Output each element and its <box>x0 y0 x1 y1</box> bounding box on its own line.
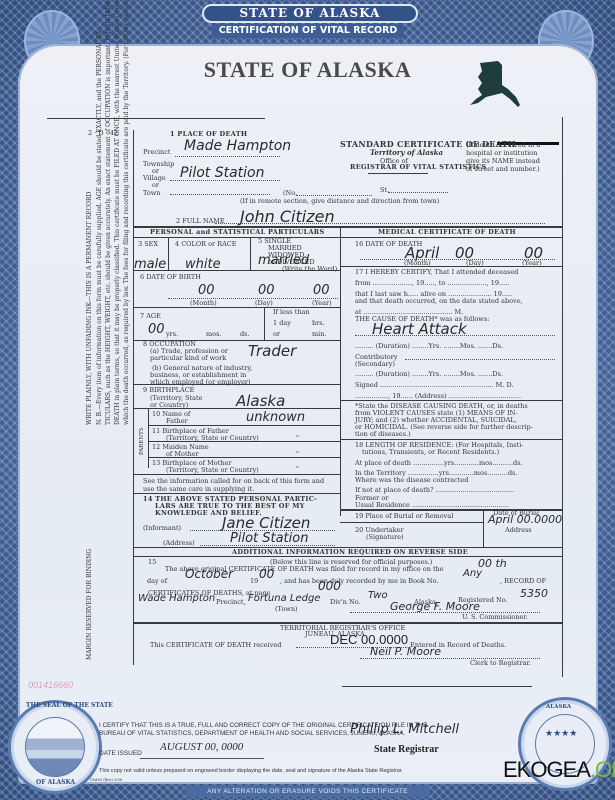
page-value: 000 <box>318 579 341 593</box>
margin-instruction-3: TICULARS, such as the HEIGHT, WEIGHT, et… <box>105 0 113 425</box>
row-rule <box>133 474 340 475</box>
cause-line <box>355 335 555 336</box>
precinct-signature: Wade Hampton <box>138 593 215 604</box>
divn-label: Div'n No. <box>330 598 361 606</box>
occupation-value: Trader <box>248 342 296 360</box>
town-signature: Fortuna Ledge <box>248 593 320 604</box>
row-rule <box>133 384 340 385</box>
alteration-warning: ANY ALTERATION OR ERASURE VOIDS THIS CER… <box>185 786 430 797</box>
full-name-value: John Citizen <box>240 207 335 226</box>
birth-year-value: 00 <box>313 283 330 298</box>
medical-header: MEDICAL CERTIFICATE OF DEATH <box>378 228 516 236</box>
form-revision-code: VS#03 (Rev) 2/98 <box>90 776 122 784</box>
if-not-place-label: If not at place of death? ..............… <box>355 486 514 494</box>
street-number-line <box>296 195 372 196</box>
father-name-value: unknown <box>246 410 305 425</box>
age-label: 7 AGE <box>140 312 161 320</box>
margin-instruction-5: which the death occurred, as required by… <box>123 0 131 425</box>
hospital-note: (If death occurred in a hospital or inst… <box>466 141 546 173</box>
row-rule <box>133 270 340 271</box>
watermark: EKOGEA.ORG <box>503 757 615 783</box>
informant-address-value: Pilot Station <box>230 531 308 546</box>
birth-month-value: 00 <box>198 283 215 298</box>
row-rule <box>148 441 340 442</box>
yrs-caption: yrs. <box>166 330 178 338</box>
physician-signed-line: Signed .................................… <box>355 381 514 389</box>
residence-sub: tutions, Transients, or Recent Residents… <box>362 448 499 456</box>
certify-line-2: from ..................., 19....., to ..… <box>355 279 509 287</box>
clerk-label: Clerk to Registrar. <box>470 659 531 667</box>
residence-at-place: At place of death ...............yrs....… <box>355 459 523 467</box>
informant-value: Jane Citizen <box>222 514 310 532</box>
right-form-edge <box>562 117 563 677</box>
recorded-text: , and has been duly recorded by me in Bo… <box>280 577 438 585</box>
record-of-label: , RECORD OF <box>500 577 546 585</box>
undertaker-sub: (Signature) <box>366 533 404 541</box>
banner-title: STATE OF ALASKA <box>202 4 418 23</box>
watermark-text: EKOGEA <box>503 757 590 782</box>
town-label: Town <box>143 189 161 197</box>
burial-place-label: 19 Place of Burial or Removal <box>355 512 453 520</box>
margin-binding-note: MARGIN RESERVED FOR BINDING <box>86 549 94 660</box>
cell-divider <box>483 509 484 547</box>
margin-line <box>133 130 134 665</box>
date-issued-label: DATE ISSUED <box>99 750 142 758</box>
precinct-value: Made Hampton <box>184 138 291 154</box>
registered-value: 5350 <box>520 587 548 600</box>
personal-header: PERSONAL and STATISTICAL PARTICULARS <box>150 228 325 236</box>
banner-subtitle: CERTIFICATION OF VITAL RECORD <box>212 24 404 38</box>
birth-date-label: 6 DATE OF BIRTH <box>140 273 201 281</box>
or-label: or <box>273 330 280 338</box>
mos-caption: mos. <box>206 330 221 338</box>
usual-residence-label: Usual Residence ........................… <box>355 501 509 509</box>
row-rule <box>340 522 483 523</box>
row-rule <box>340 400 562 401</box>
date-issued-value: AUGUST 00, 0000 <box>160 741 243 753</box>
precinct-line <box>175 156 280 157</box>
margin-instruction-1: WRITE PLAINLY, WITH UNFADING INK—THIS IS… <box>86 192 94 425</box>
day-caption: (Day) <box>255 299 273 307</box>
received-label: This CERTIFICATE OF DEATH received <box>150 641 281 649</box>
marital-value: married <box>258 253 309 268</box>
ds-caption: ds. <box>240 330 250 338</box>
precinct-label: Precinct <box>143 148 171 156</box>
age-years-value: 00 <box>148 322 165 337</box>
year-prefix: 19 <box>250 577 258 585</box>
commissioner-label: U. S. Commissioner. <box>462 613 528 621</box>
birth-day-value: 00 <box>258 283 275 298</box>
town-value: Pilot Station <box>180 165 265 181</box>
or-label: or <box>152 181 159 189</box>
if-less-label: If less than <box>273 308 310 316</box>
cell-divider <box>250 237 251 270</box>
father-label: Father <box>166 417 188 425</box>
race-label: 4 COLOR or RACE <box>175 240 237 248</box>
alaska-map-icon <box>468 61 528 116</box>
clerk-signature: Neil P. Moore <box>370 645 441 658</box>
cell-divider <box>168 237 169 270</box>
top-rule <box>47 118 265 119</box>
parents-side-label: PARENTS <box>138 427 146 455</box>
book-number-value: Any <box>463 568 482 579</box>
serial-number: 001416660 <box>28 680 73 690</box>
form-code: 2 · D · 42 <box>88 129 118 137</box>
disease-note: *State the DISEASE CAUSING DEATH, or, in… <box>355 403 533 438</box>
informant-address-label: (Address) <box>163 539 195 547</box>
row-rule <box>148 425 340 426</box>
certify-line-4: and that death occurred, on the date sta… <box>355 297 523 305</box>
parents-divider <box>148 408 149 468</box>
remote-section-note: (If in remote section, give distance and… <box>240 197 439 205</box>
town-line <box>170 194 270 195</box>
row-rule <box>133 493 340 494</box>
item-15-number: 15 <box>148 558 156 566</box>
star-cluster-icon: ★★★★ <box>545 730 577 738</box>
section-rule <box>133 237 562 238</box>
month-caption: (Month) <box>190 299 217 307</box>
mother-birthplace-value: " <box>296 465 299 473</box>
registrar-signature: Phillip L. Mitchell <box>350 722 459 737</box>
precinct-label: Precinct, <box>216 598 246 606</box>
row-rule <box>133 408 340 409</box>
duration-line-2: ......... (Duration) ........Yrs. ......… <box>355 370 503 378</box>
year-caption: (Year) <box>312 299 332 307</box>
column-divider <box>340 226 341 516</box>
physician-address-line: ................, 19...... (Address) ...… <box>355 392 521 400</box>
back-of-form-note: See the information called for on back o… <box>143 477 333 493</box>
margin-instruction-2: N. B.—Every item of information on this … <box>96 31 104 425</box>
date-issued-line <box>140 758 264 759</box>
street-line <box>388 192 448 193</box>
contributory-line <box>405 359 555 360</box>
sex-label: 3 SEX <box>138 240 158 248</box>
filed-month-value: October <box>185 567 233 581</box>
footer-rule <box>342 686 532 687</box>
left-seal-text-2: OF ALASKA <box>36 779 75 787</box>
hrs-caption: hrs. <box>312 319 325 327</box>
cell-divider <box>264 307 265 340</box>
mother-birthplace-sub: (Territory, State or Country) <box>166 466 259 474</box>
disease-contracted-label: Where was the disease contracted <box>355 476 468 484</box>
day-of-label: day of <box>147 577 167 585</box>
town-caption: (Town) <box>275 605 298 613</box>
secondary-label: (Secondary) <box>355 360 395 368</box>
watermark-domain: .ORG <box>590 757 615 782</box>
occupation-a-label-2: particular kind of work <box>150 354 226 362</box>
territory-label: Territory of Alaska <box>370 149 443 157</box>
right-seal-text: ALASKA <box>546 703 571 711</box>
undertaker-address-label: Address <box>505 526 532 534</box>
certify-line-1: 17 I HEREBY CERTIFY, That I attended dec… <box>355 268 518 276</box>
informant-label: (Informant) <box>143 524 181 532</box>
row-rule <box>148 457 340 458</box>
additional-info-header: ADDITIONAL INFORMATION REQUIRED ON REVER… <box>232 548 468 556</box>
street-number-label: (No. <box>283 189 297 197</box>
min-caption: min. <box>312 330 327 338</box>
place-of-death-label: 1 PLACE OF DEATH <box>170 130 247 138</box>
birthplace-label: 9 BIRTHPLACE <box>143 386 194 394</box>
margin-instruction-4: DEATH in plain terms, so that it may be … <box>114 0 122 425</box>
one-day-label: 1 day <box>273 319 291 327</box>
validity-note: This copy not valid unless prepared on e… <box>99 768 403 774</box>
registrar-title: State Registrar <box>374 744 439 755</box>
row-rule <box>340 439 562 440</box>
divn-value: Two <box>368 590 388 601</box>
duration-line-1: ......... (Duration) ........Yrs. ......… <box>355 342 503 350</box>
title-underline <box>368 173 428 174</box>
filed-year-value: 00 <box>259 567 274 581</box>
burial-date-value: April 00.0000 <box>488 513 562 526</box>
row-rule <box>340 266 562 267</box>
left-seal-text: THE SEAL OF THE STATE <box>26 702 113 710</box>
filed-day-value: 00 th <box>478 557 507 570</box>
